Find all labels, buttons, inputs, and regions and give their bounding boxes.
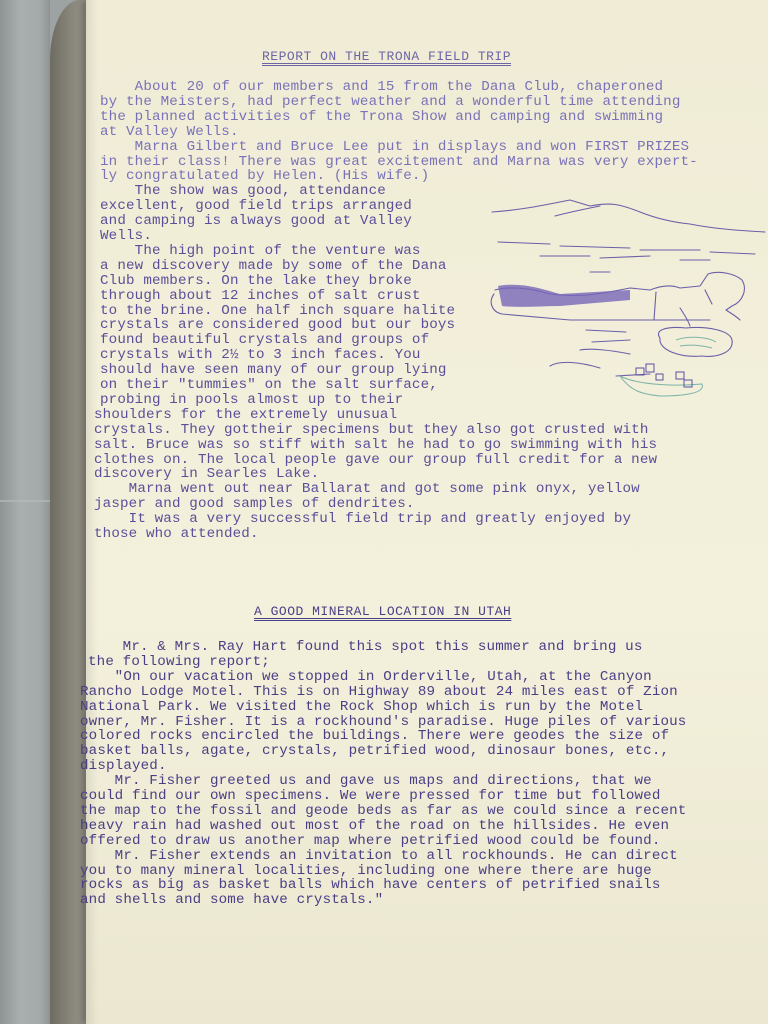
text-line: offered to draw us another map where pet… xyxy=(80,834,660,850)
salt-flat-sketch-icon xyxy=(486,0,768,215)
text-line: crystals. They gottheir specimens but th… xyxy=(94,423,649,439)
text-line: salt. Bruce was so stiff with salt he ha… xyxy=(94,438,657,454)
text-line: National Park. We visited the Rock Shop … xyxy=(80,700,643,716)
text-line: Club members. On the lake they broke xyxy=(100,274,412,290)
text-line: and shells and some have crystals." xyxy=(80,893,383,909)
text-line: through about 12 inches of salt crust xyxy=(100,289,421,305)
text-line: at Valley Wells. xyxy=(100,125,239,141)
text-line: Mr. Fisher extends an invitation to all … xyxy=(80,849,678,865)
text-line: those who attended. xyxy=(94,527,259,543)
typed-page: REPORT ON THE TRONA FIELD TRIP About 20 … xyxy=(86,0,768,1024)
section-title-trona: REPORT ON THE TRONA FIELD TRIP xyxy=(262,49,511,64)
mountain-line xyxy=(492,200,765,232)
illustration xyxy=(480,190,768,410)
text-line: basket balls, agate, crystals, petrified… xyxy=(80,744,669,760)
binder-edge xyxy=(0,0,50,1024)
text-line: Rancho Lodge Motel. This is on Highway 8… xyxy=(80,685,678,701)
binder-fold xyxy=(0,500,50,502)
section-title-utah: A GOOD MINERAL LOCATION IN UTAH xyxy=(254,604,511,619)
